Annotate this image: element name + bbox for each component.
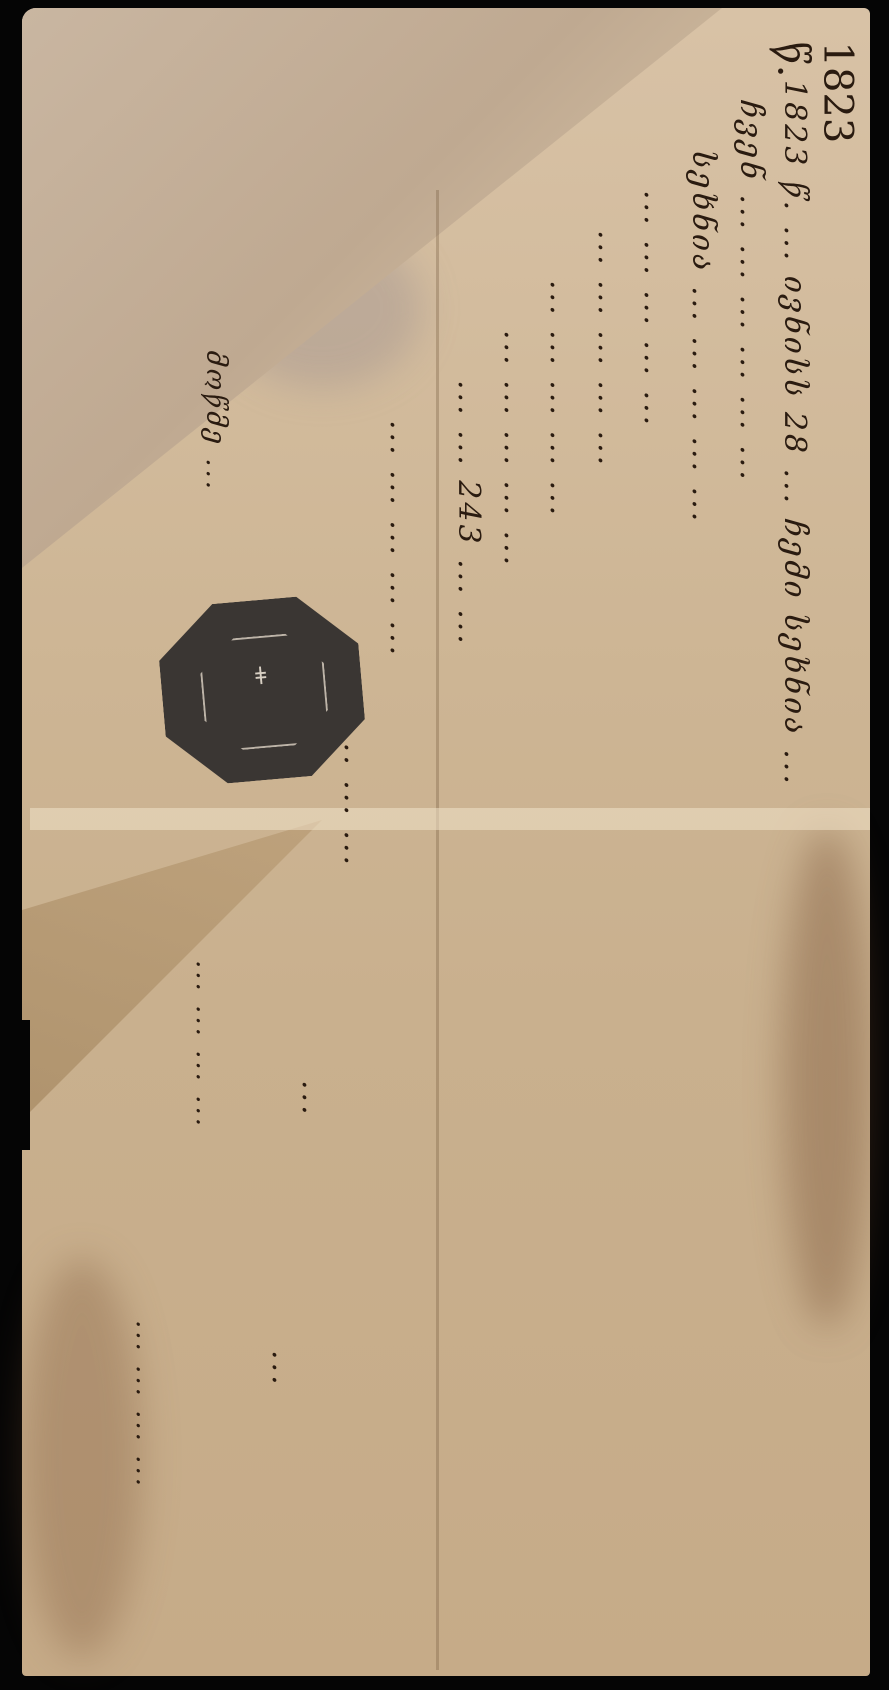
edge-stain [782,828,872,1328]
signature: ... [295,1080,330,1118]
date-mark: 1823 წ. [769,42,861,191]
signature: ... [265,1350,300,1388]
text-line: სეხნია ... ... ... ... ... [685,150,720,524]
text-line: ... ... ... ... ... [591,230,626,468]
text-line: ... ... ... ... ... [637,190,672,428]
side-note: მოწმე ... [200,350,230,492]
text-line: ... ... 243 ... ... [451,380,486,647]
text-line: ... ... ... ... ... [497,330,532,568]
side-note: ... ... ... ... [130,1320,160,1489]
text-line: ... ... ... ... ... [543,280,578,518]
torn-edge [0,1020,30,1150]
fold-crease-vertical [436,190,439,1670]
fold-crease-horizontal [30,808,870,830]
seal-inner-border [198,631,331,753]
text-line: ... ... ... ... ... [383,420,418,658]
side-note: ... ... ... ... [190,960,220,1129]
seal-monogram: ǂ [230,659,292,692]
text-line: ჩვენ ... ... ... ... ... ... [733,100,768,483]
edge-stain [22,1258,142,1658]
